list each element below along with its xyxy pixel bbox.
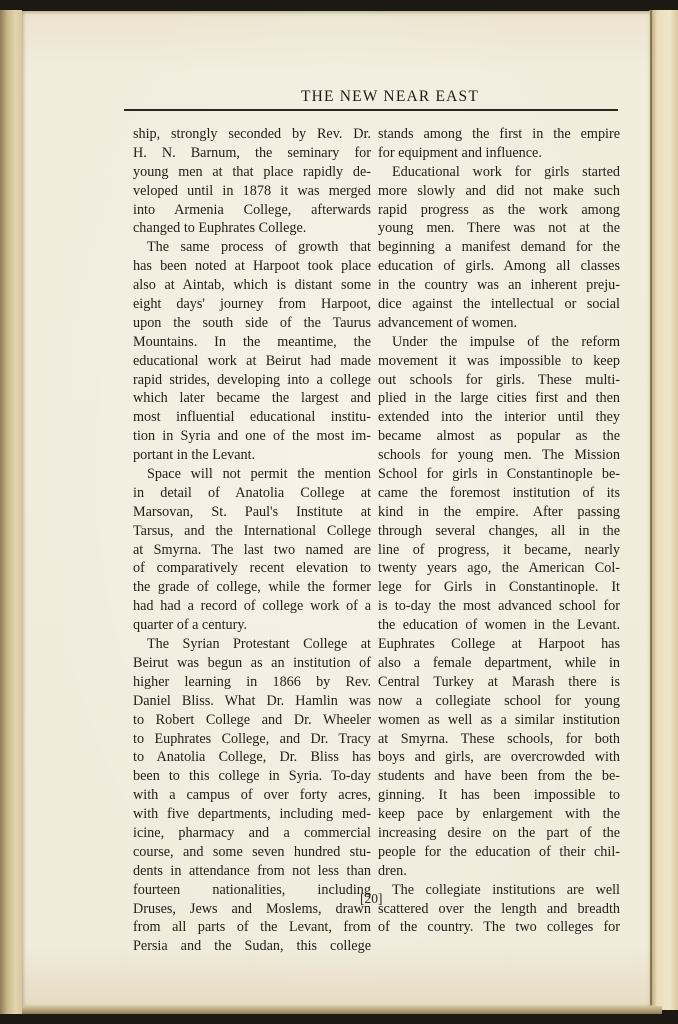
text-line: H. N. Barnum, the seminary for — [133, 144, 371, 163]
text-line: Daniel Bliss. What Dr. Hamlin was — [133, 692, 371, 711]
text-line: into Armenia College, afterwards — [133, 201, 371, 220]
text-line: came the foremost institution of its — [378, 484, 620, 503]
text-line: veloped until in 1878 it was merged — [133, 182, 371, 201]
text-line: at Smyrna. These schools, for both — [378, 730, 620, 749]
text-line: lege for Girls in Constantinople. It — [378, 578, 620, 597]
text-line: extended into the interior until they — [378, 408, 620, 427]
text-line: stands among the first in the empire — [378, 125, 620, 144]
text-line: more slowly and did not make such — [378, 182, 620, 201]
text-line: eight days' journey from Harpoot, — [133, 295, 371, 314]
text-line: quarter of a century. — [133, 616, 371, 635]
text-line: schools for young men. The Mission — [378, 446, 620, 465]
text-line: Educational work for girls started — [378, 163, 620, 182]
text-line: boys and girls, are overcrowded with — [378, 748, 620, 767]
text-line: kind in the empire. After passing — [378, 503, 620, 522]
text-line: been to this college in Syria. To-day — [133, 767, 371, 786]
text-line: young men. There was not at the — [378, 219, 620, 238]
text-line: scattered over the length and breadth — [378, 900, 620, 919]
text-line: became almost as popular as the — [378, 427, 620, 446]
text-line: to Robert College and Dr. Wheeler — [133, 711, 371, 730]
text-line: icine, pharmacy and a commercial — [133, 824, 371, 843]
text-line: Druses, Jews and Moslems, drawn — [133, 900, 371, 919]
text-line: women as well as a similar institution — [378, 711, 620, 730]
text-line: through several changes, all in the — [378, 522, 620, 541]
text-line: also a female department, while in — [378, 654, 620, 673]
text-line: increasing desire on the part of the — [378, 824, 620, 843]
text-line: to Anatolia College, Dr. Bliss has — [133, 748, 371, 767]
text-line: for equipment and influence. — [378, 144, 620, 163]
text-line: plied in the large cities first and then — [378, 389, 620, 408]
text-line: the grade of college, while the former — [133, 578, 371, 597]
text-line: keep pace by enlargement with the — [378, 805, 620, 824]
text-line: to Euphrates College, and Dr. Tracy — [133, 730, 371, 749]
text-line: out schools for girls. These multi- — [378, 371, 620, 390]
text-line: people for the education of their chil- — [378, 843, 620, 862]
text-line: movement it was impossible to keep — [378, 352, 620, 371]
text-line: of the country. The two colleges for — [378, 918, 620, 937]
text-line: has been noted at Harpoot took place — [133, 257, 371, 276]
text-line: Beirut was begun as an institution of — [133, 654, 371, 673]
text-line: Central Turkey at Marash there is — [378, 673, 620, 692]
text-line: The Syrian Protestant College at — [133, 635, 371, 654]
text-line: line of progress, it became, nearly — [378, 541, 620, 560]
text-line: Mountains. In the meantime, the — [133, 333, 371, 352]
text-line: Marsovan, St. Paul's Institute at — [133, 503, 371, 522]
page-bottom-edge — [22, 1006, 662, 1014]
text-line: ship, strongly seconded by Rev. Dr. — [133, 125, 371, 144]
text-line: higher learning in 1866 by Rev. — [133, 673, 371, 692]
text-line: dice against the intellectual or social — [378, 295, 620, 314]
left-text-column: ship, strongly seconded by Rev. Dr.H. N.… — [133, 125, 371, 956]
text-line: with a campus of over forty acres, — [133, 786, 371, 805]
text-line: School for girls in Constantinople be- — [378, 465, 620, 484]
text-line: from all parts of the Levant, from — [133, 918, 371, 937]
text-line: dren. — [378, 862, 620, 881]
text-line: also at Aintab, which is distant some — [133, 276, 371, 295]
text-line: advancement of women. — [378, 314, 620, 333]
text-line: in detail of Anatolia College at — [133, 484, 371, 503]
text-line: Tarsus, and the International College — [133, 522, 371, 541]
text-line: most influential educational institu- — [133, 408, 371, 427]
text-line: tion in Syria and one of the most im- — [133, 427, 371, 446]
text-line: of comparatively recent elevation to — [133, 559, 371, 578]
text-line: fourteen nationalities, including — [133, 881, 371, 900]
page-stack-edge — [0, 10, 22, 1014]
running-head: THE NEW NEAR EAST — [140, 88, 640, 106]
text-line: course, and some seven hundred stu- — [133, 843, 371, 862]
text-line: with five departments, including med- — [133, 805, 371, 824]
text-line: the education of women in the Levant. — [378, 616, 620, 635]
text-line: Euphrates College at Harpoot has — [378, 635, 620, 654]
text-line: portant in the Levant. — [133, 446, 371, 465]
text-line: The collegiate institutions are well — [378, 881, 620, 900]
text-line: is to-day the most advanced school for — [378, 597, 620, 616]
text-line: now a collegiate school for young — [378, 692, 620, 711]
text-line: Space will not permit the mention — [133, 465, 371, 484]
text-line: educational work at Beirut had made — [133, 352, 371, 371]
page-number: [20] — [360, 891, 383, 907]
text-line: students and have been from the be- — [378, 767, 620, 786]
text-line: rapid strides, developing into a college — [133, 371, 371, 390]
text-line: The same process of growth that — [133, 238, 371, 257]
text-line: beginning a manifest demand for the — [378, 238, 620, 257]
text-line: dents in attendance from not less than — [133, 862, 371, 881]
text-line: in the country was an inherent preju- — [378, 276, 620, 295]
header-rule — [124, 109, 618, 111]
text-line: twenty years ago, the American Col- — [378, 559, 620, 578]
text-line: had had a record of college work of a — [133, 597, 371, 616]
text-line: at Smyrna. The last two named are — [133, 541, 371, 560]
adjacent-page-edge — [650, 10, 678, 1010]
text-line: education of girls. Among all classes — [378, 257, 620, 276]
text-line: ginning. It has been impossible to — [378, 786, 620, 805]
text-line: rapid progress as the work among — [378, 201, 620, 220]
text-line: which later became the largest and — [133, 389, 371, 408]
text-line: Under the impulse of the reform — [378, 333, 620, 352]
text-line: upon the south side of the Taurus — [133, 314, 371, 333]
text-line: Persia and the Sudan, this college — [133, 937, 371, 956]
text-line: changed to Euphrates College. — [133, 219, 371, 238]
right-text-column: stands among the first in the empirefor … — [378, 125, 620, 937]
text-line: young men at that place rapidly de- — [133, 163, 371, 182]
